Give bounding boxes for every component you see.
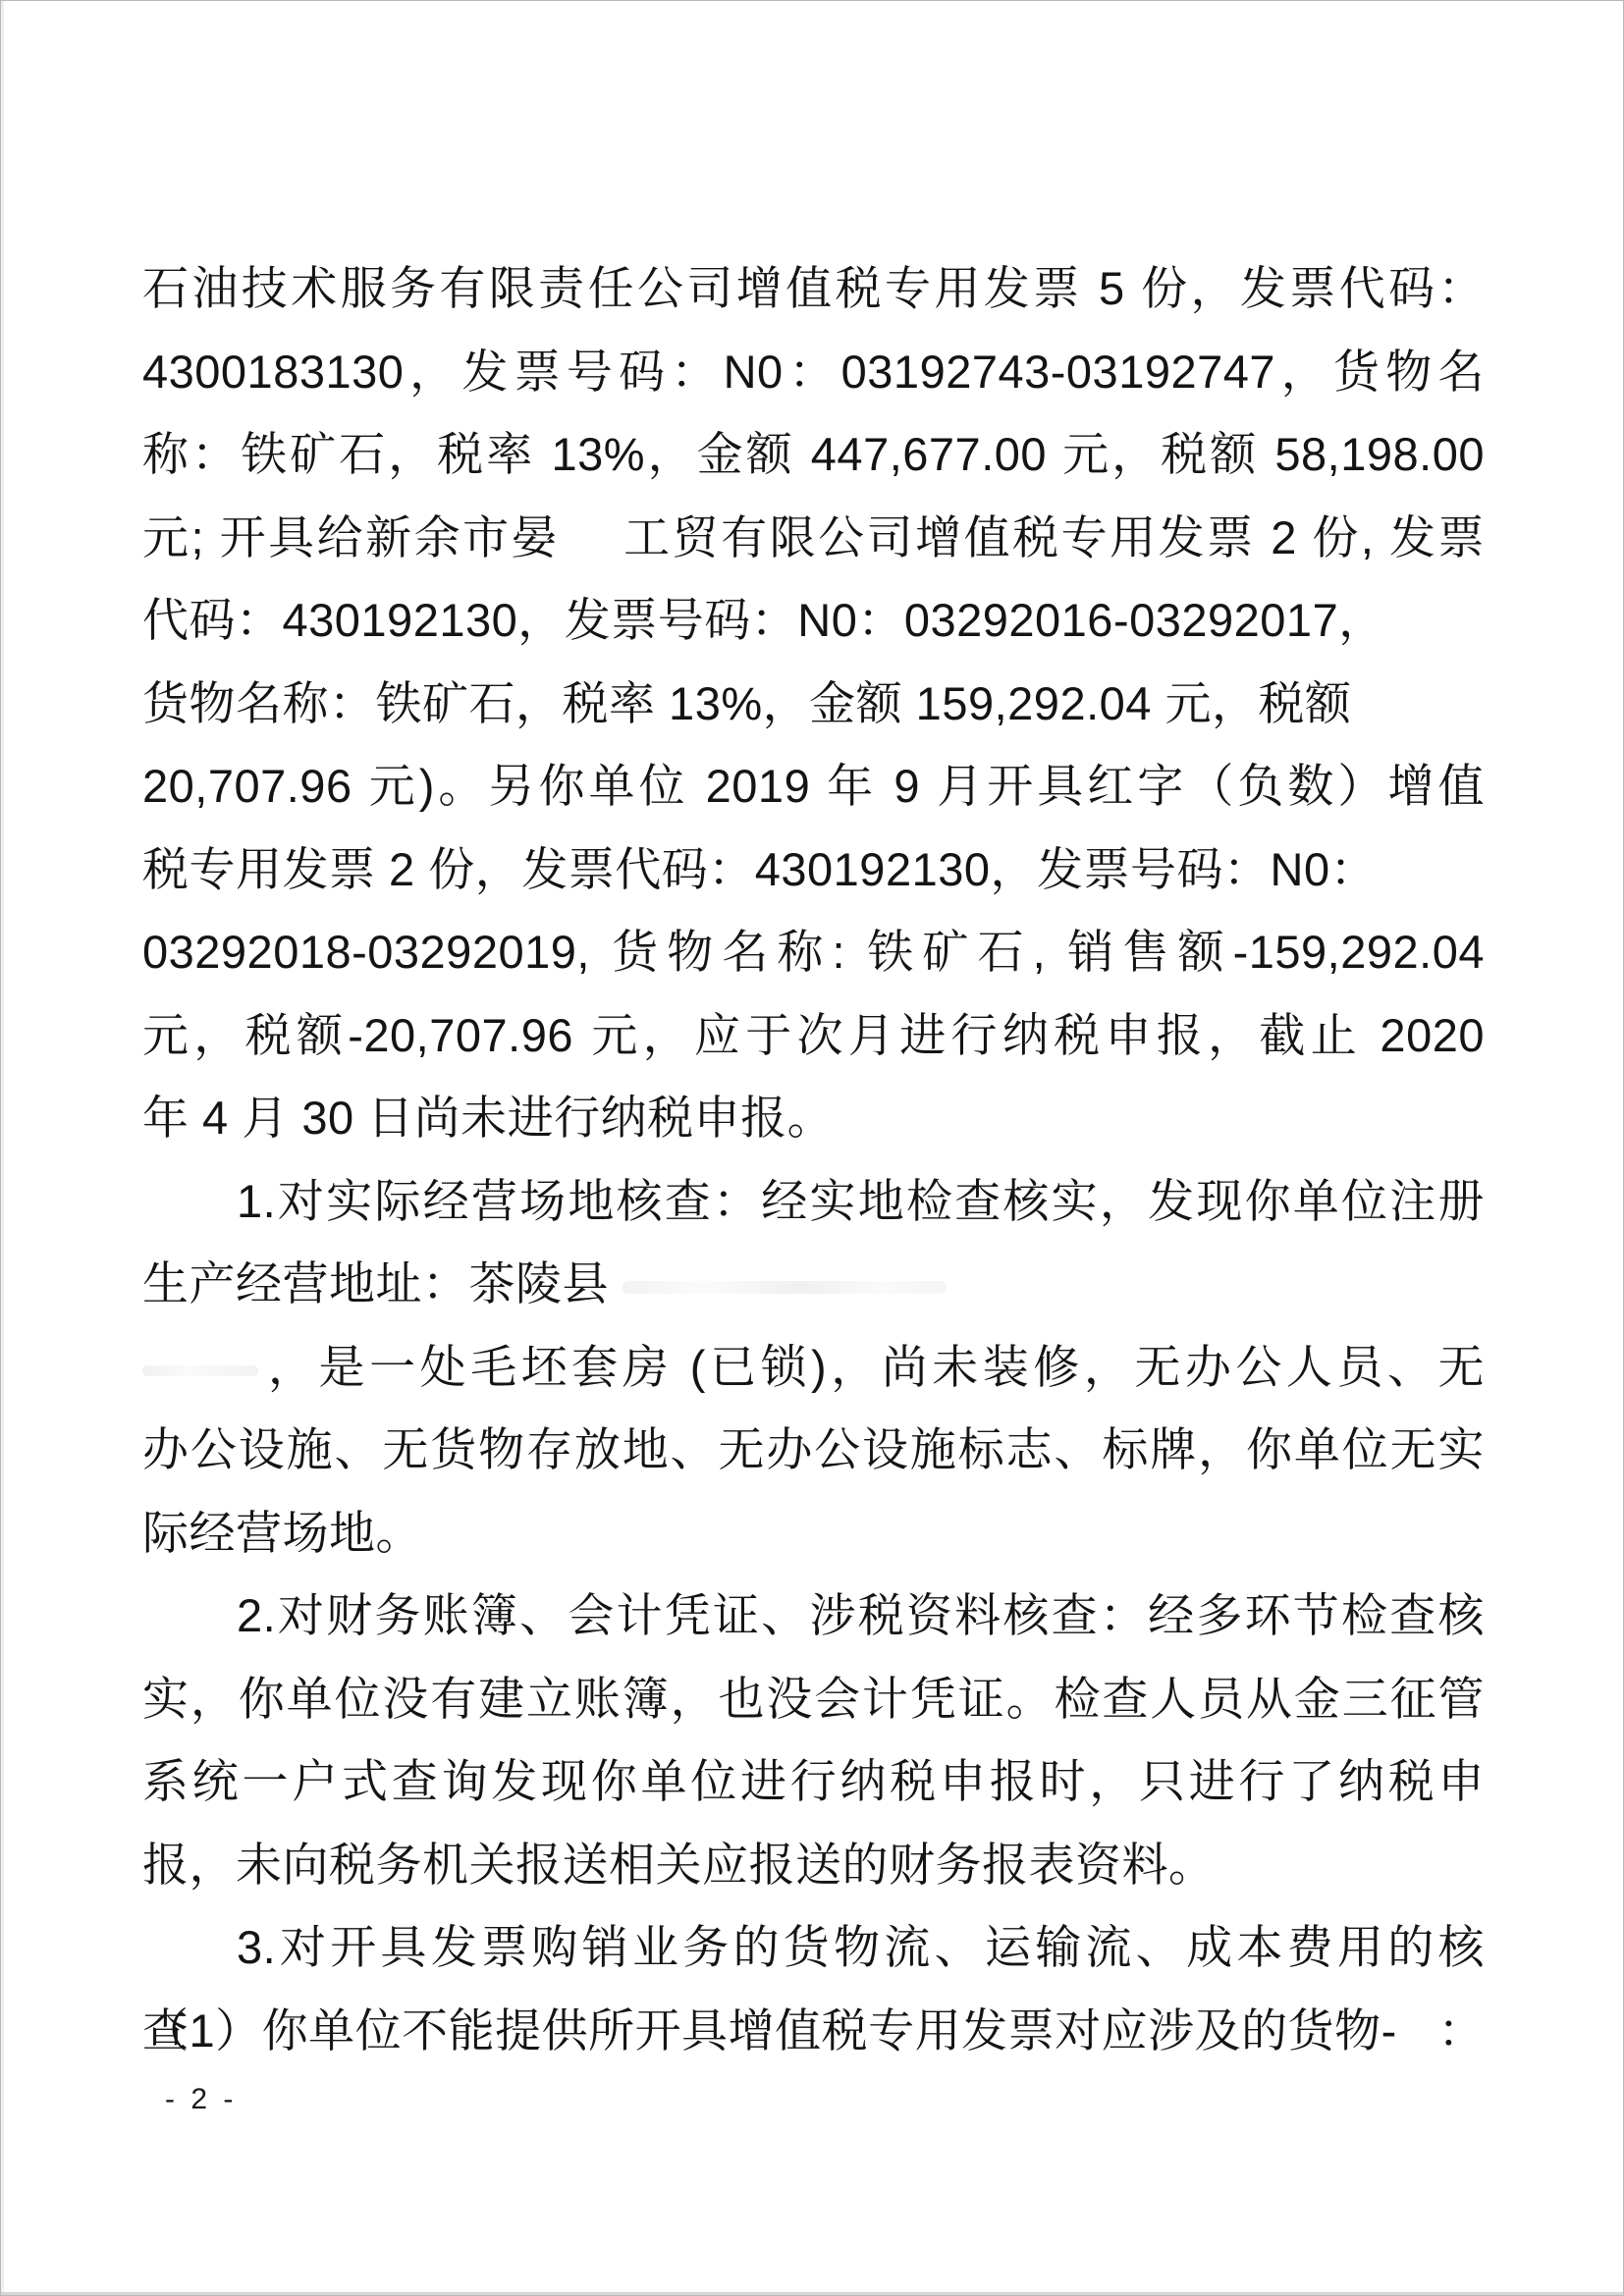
doc-line: （1）你单位不能提供所开具增值税专用发票对应涉及的货物- — [142, 1990, 1485, 2073]
doc-line: 元; 开具给新余市晏 工贸有限公司增值税专用发票 2 份, 发票 — [142, 497, 1485, 580]
doc-line: 年 4 月 30 日尚未进行纳税申报。 — [142, 1077, 1485, 1160]
doc-line: 系统一户式查询发现你单位进行纳税申报时，只进行了纳税申 — [142, 1740, 1485, 1824]
doc-line: 03292018-03292019, 货物名称: 铁矿石, 销售额-159,29… — [142, 911, 1485, 994]
doc-line: 货物名称：铁矿石，税率 13%，金额 159,292.04 元，税额 — [142, 663, 1485, 746]
doc-line: 1.对实际经营场地核查：经实地检查核实，发现你单位注册 — [142, 1160, 1485, 1244]
doc-line: 代码：430192130，发票号码：N0：03292016-03292017， — [142, 579, 1485, 663]
doc-line: ，是一处毛坯套房 (已锁)，尚未装修，无办公人员、无 — [142, 1326, 1485, 1410]
doc-line: 税专用发票 2 份，发票代码：430192130，发票号码：N0： — [142, 828, 1485, 912]
doc-line: 际经营场地。 — [142, 1492, 1485, 1575]
doc-line: 报，未向税务机关报送相关应报送的财务报表资料。 — [142, 1824, 1485, 1907]
doc-line: 3.对开具发票购销业务的货物流、运输流、成本费用的核查： — [142, 1906, 1485, 1990]
doc-line-text: 生产经营地址：茶陵县 — [142, 1257, 609, 1309]
doc-line: 称：铁矿石，税率 13%，金额 447,677.00 元，税额 58,198.0… — [142, 413, 1485, 497]
page-number: - 2 - — [165, 2083, 237, 2116]
doc-line: 生产经营地址：茶陵县 — [142, 1243, 1485, 1326]
doc-line: 办公设施、无货物存放地、无办公设施标志、标牌，你单位无实 — [142, 1409, 1485, 1492]
doc-line: 2.对财务账簿、会计凭证、涉税资料核查：经多环节检查核 — [142, 1575, 1485, 1658]
doc-line: 元，税额-20,707.96 元，应于次月进行纳税申报，截止 2020 — [142, 994, 1485, 1078]
redacted-area — [623, 1281, 947, 1294]
document-body: 石油技术服务有限责任公司增值税专用发票 5 份，发票代码： 4300183130… — [142, 247, 1485, 2072]
scanned-document-page: 石油技术服务有限责任公司增值税专用发票 5 份，发票代码： 4300183130… — [0, 0, 1624, 2296]
doc-line: 20,707.96 元)。另你单位 2019 年 9 月开具红字（负数）增值 — [142, 745, 1485, 828]
doc-line-text: ，是一处毛坯套房 (已锁)，尚未装修，无办公人员、无 — [264, 1341, 1485, 1393]
doc-line: 实，你单位没有建立账簿，也没会计凭证。检查人员从金三征管 — [142, 1658, 1485, 1741]
doc-line: 石油技术服务有限责任公司增值税专用发票 5 份，发票代码： — [142, 247, 1485, 331]
redacted-area — [142, 1365, 258, 1376]
doc-line: 4300183130，发票号码：N0：03192743-03192747，货物名 — [142, 331, 1485, 414]
